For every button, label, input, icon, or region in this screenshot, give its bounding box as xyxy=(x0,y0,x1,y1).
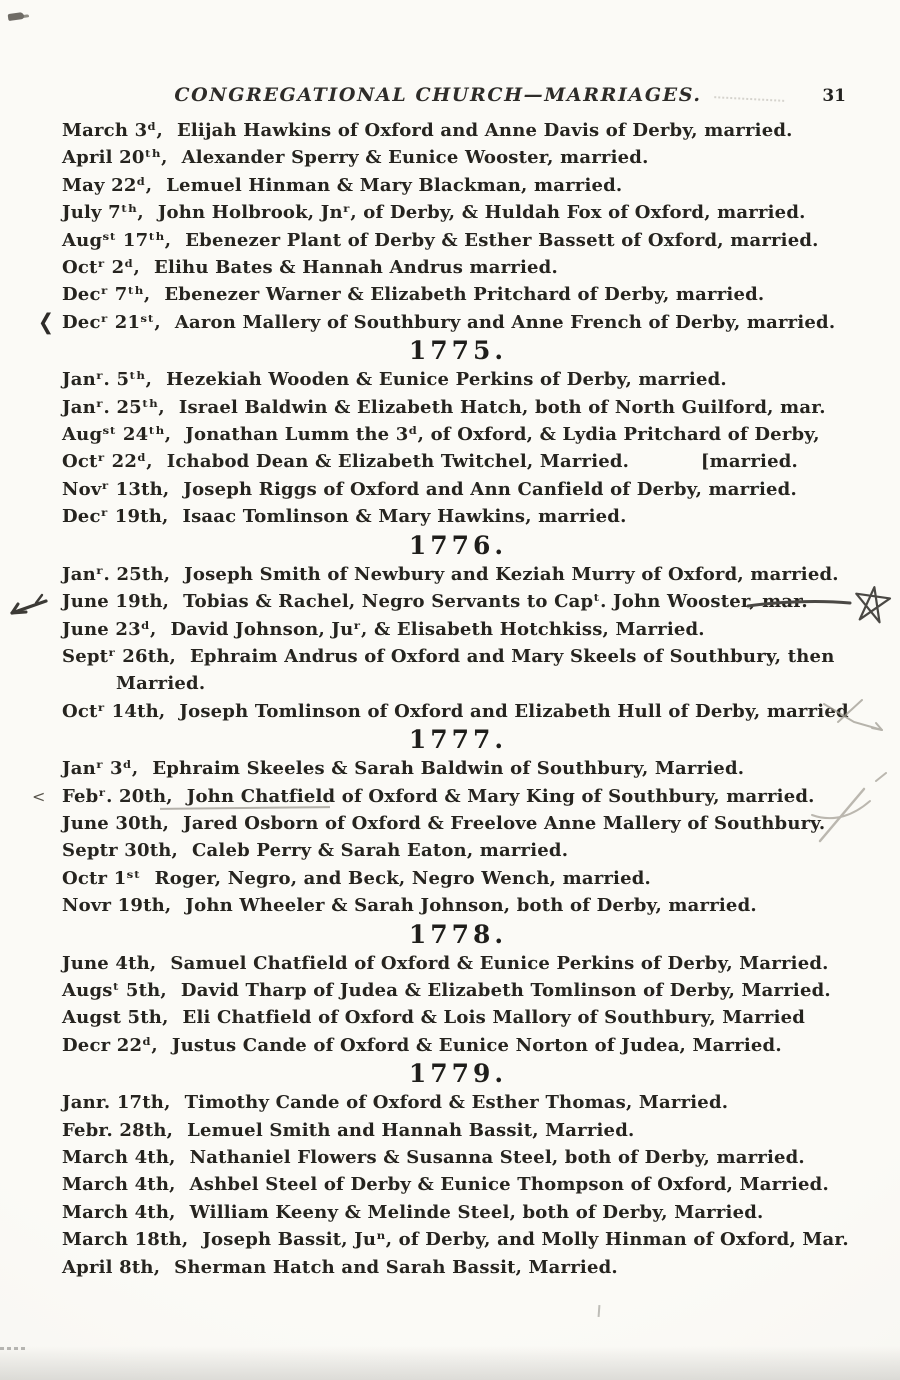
entry-date: April 20ᵗʰ, xyxy=(62,144,168,171)
page-header: CONGREGATIONAL CHURCH—MARRIAGES. 31 xyxy=(62,84,854,106)
entry-text: Ephraim Skeeles & Sarah Baldwin of South… xyxy=(152,755,744,782)
register-line: Octʳ 22ᵈ,Ichabod Dean & Elizabeth Twitch… xyxy=(62,448,854,475)
register-line: Augˢᵗ 17ᵗʰ,Ebenezer Plant of Derby & Est… xyxy=(62,227,854,254)
entry-date: Octr 1ˢᵗ xyxy=(62,865,141,892)
register-line: Janʳ. 25ᵗʰ,Israel Baldwin & Elizabeth Ha… xyxy=(62,394,854,421)
entry-text: Lemuel Hinman & Mary Blackman, married. xyxy=(166,172,622,199)
entry-date: June 4th, xyxy=(62,950,156,977)
entry-text: Elijah Hawkins of Oxford and Anne Davis … xyxy=(177,117,793,144)
entry-text: Roger, Negro, and Beck, Negro Wench, mar… xyxy=(155,865,651,892)
register-line: March 4th,Ashbel Steel of Derby & Eunice… xyxy=(62,1171,854,1198)
register-line: Decʳ 21ˢᵗ,Aaron Mallery of Southbury and… xyxy=(62,309,854,336)
register-line: April 20ᵗʰ,Alexander Sperry & Eunice Woo… xyxy=(62,144,854,171)
entry-text: Jonathan Lumm the 3ᵈ, of Oxford, & Lydia… xyxy=(185,421,819,448)
entry-text: Timothy Cande of Oxford & Esther Thomas,… xyxy=(185,1089,729,1116)
entry-text: Sherman Hatch and Sarah Bassit, Married. xyxy=(174,1254,618,1281)
entry-text: Justus Cande of Oxford & Eunice Norton o… xyxy=(172,1032,782,1059)
register-line: Janr. 17th,Timothy Cande of Oxford & Est… xyxy=(62,1089,854,1116)
entry-text: Joseph Smith of Newbury and Keziah Murry… xyxy=(184,561,839,588)
entry-date: Decr 22ᵈ, xyxy=(62,1032,158,1059)
register-line: Decʳ 19th,Isaac Tomlinson & Mary Hawkins… xyxy=(62,503,854,530)
entry-date: Decʳ 19th, xyxy=(62,503,168,530)
entry-date: March 3ᵈ, xyxy=(62,117,163,144)
entry-text: Tobias & Rachel, Negro Servants to Capᵗ.… xyxy=(183,588,808,615)
arrow-scribble-icon xyxy=(8,591,54,619)
entry-date: Febr. 28th, xyxy=(62,1117,173,1144)
register-line: April 8th,Sherman Hatch and Sarah Bassit… xyxy=(62,1254,854,1281)
register-line: March 4th,William Keeny & Melinde Steel,… xyxy=(62,1199,854,1226)
register-line: Septʳ 26th,Ephraim Andrus of Oxford and … xyxy=(62,643,854,670)
entry-date: Janr. 17th, xyxy=(62,1089,171,1116)
register-line: Septr 30th,Caleb Perry & Sarah Eaton, ma… xyxy=(62,837,854,864)
entry-date: June 23ᵈ, xyxy=(62,616,157,643)
entry-text: Caleb Perry & Sarah Eaton, married. xyxy=(192,837,568,864)
entry-right-note: [married. xyxy=(701,448,798,475)
entry-date: Octʳ 22ᵈ, xyxy=(62,448,153,475)
entry-text: Hezekiah Wooden & Eunice Perkins of Derb… xyxy=(166,366,727,393)
register-line: Octʳ 2ᵈ,Elihu Bates & Hannah Andrus marr… xyxy=(62,254,854,281)
register-line: Decʳ 7ᵗʰ,Ebenezer Warner & Elizabeth Pri… xyxy=(62,281,854,308)
entry-date: Novʳ 13th, xyxy=(62,476,169,503)
register-line: March 18th,Joseph Bassit, Juⁿ, of Derby,… xyxy=(62,1226,854,1253)
page-title: CONGREGATIONAL CHURCH—MARRIAGES. xyxy=(174,84,701,106)
register-line: June 4th,Samuel Chatfield of Oxford & Eu… xyxy=(62,950,854,977)
year-heading: 1778. xyxy=(62,920,854,950)
register-line: June 23ᵈ,David Johnson, Juʳ, & Elisabeth… xyxy=(62,616,854,643)
entry-continuation: Married. xyxy=(62,670,205,697)
register-line: June 30th,Jared Osborn of Oxford & Freel… xyxy=(62,810,854,837)
margin-mark-icon: < xyxy=(32,783,46,810)
register-line: Decr 22ᵈ,Justus Cande of Oxford & Eunice… xyxy=(62,1032,854,1059)
year-heading: 1776. xyxy=(62,531,854,561)
entry-date: Octʳ 14th, xyxy=(62,698,165,725)
entry-date: Janʳ. 25ᵗʰ, xyxy=(62,394,165,421)
entry-text: Ebenezer Warner & Elizabeth Pritchard of… xyxy=(164,281,764,308)
register-line: Janʳ. 25th,Joseph Smith of Newbury and K… xyxy=(62,561,854,588)
entry-text: Aaron Mallery of Southbury and Anne Fren… xyxy=(175,309,835,336)
scan-speck xyxy=(598,1305,601,1317)
entry-text: Ephraim Andrus of Oxford and Mary Skeels… xyxy=(190,643,835,670)
entry-text: Joseph Bassit, Juⁿ, of Derby, and Molly … xyxy=(202,1226,849,1253)
scan-edge-shadow xyxy=(0,1346,900,1380)
pencil-squiggle xyxy=(714,96,784,110)
register-line: Augsᵗ 5th,David Tharp of Judea & Elizabe… xyxy=(62,977,854,1004)
entry-text: Ashbel Steel of Derby & Eunice Thompson … xyxy=(190,1171,829,1198)
register-line: Novr 19th,John Wheeler & Sarah Johnson, … xyxy=(62,892,854,919)
entry-date: Decʳ 7ᵗʰ, xyxy=(62,281,150,308)
entry-text: Ebenezer Plant of Derby & Esther Bassett… xyxy=(185,227,818,254)
entry-date: March 4th, xyxy=(62,1199,176,1226)
register-line: May 22ᵈ,Lemuel Hinman & Mary Blackman, m… xyxy=(62,172,854,199)
entry-date: July 7ᵗʰ, xyxy=(62,199,144,226)
register-line: March 4th,Nathaniel Flowers & Susanna St… xyxy=(62,1144,854,1171)
entry-date: Augsᵗ 5th, xyxy=(62,977,167,1004)
entry-date: June 19th, xyxy=(62,588,169,615)
entry-text: John Holbrook, Jnʳ, of Derby, & Huldah F… xyxy=(158,199,806,226)
entry-date: May 22ᵈ, xyxy=(62,172,152,199)
register-line: Augst 5th,Eli Chatfield of Oxford & Lois… xyxy=(62,1004,854,1031)
entry-date: Augst 5th, xyxy=(62,1004,169,1031)
entry-date: Augˢᵗ 17ᵗʰ, xyxy=(62,227,171,254)
entry-date: March 18th, xyxy=(62,1226,188,1253)
year-heading: 1779. xyxy=(62,1059,854,1089)
register-line: March 3ᵈ,Elijah Hawkins of Oxford and An… xyxy=(62,117,854,144)
entry-text: Lemuel Smith and Hannah Bassit, Married. xyxy=(187,1117,634,1144)
entry-text: Nathaniel Flowers & Susanna Steel, both … xyxy=(190,1144,805,1171)
year-heading: 1775. xyxy=(62,336,854,366)
entry-text: Israel Baldwin & Elizabeth Hatch, both o… xyxy=(179,394,826,421)
register-line: Janʳ 3ᵈ,Ephraim Skeeles & Sarah Baldwin … xyxy=(62,755,854,782)
register-content: March 3ᵈ,Elijah Hawkins of Oxford and An… xyxy=(62,117,854,1281)
entry-text: Joseph Tomlinson of Oxford and Elizabeth… xyxy=(179,698,848,725)
entry-text: Elihu Bates & Hannah Andrus married. xyxy=(154,254,558,281)
register-line: Octʳ 14th,Joseph Tomlinson of Oxford and… xyxy=(62,698,854,725)
entry-date: Janʳ. 25th, xyxy=(62,561,170,588)
entry-date: April 8th, xyxy=(62,1254,160,1281)
register-line: Novʳ 13th,Joseph Riggs of Oxford and Ann… xyxy=(62,476,854,503)
page-scan: CONGREGATIONAL CHURCH—MARRIAGES. 31 Marc… xyxy=(0,0,900,1380)
entry-date: Octʳ 2ᵈ, xyxy=(62,254,140,281)
entry-text: Joseph Riggs of Oxford and Ann Canfield … xyxy=(183,476,797,503)
register-line: July 7ᵗʰ,John Holbrook, Jnʳ, of Derby, &… xyxy=(62,199,854,226)
year-heading: 1777. xyxy=(62,725,854,755)
entry-text: David Johnson, Juʳ, & Elisabeth Hotchkis… xyxy=(171,616,705,643)
entry-date: Septr 30th, xyxy=(62,837,178,864)
entry-text: Jared Osborn of Oxford & Freelove Anne M… xyxy=(183,810,825,837)
entry-text: Ichabod Dean & Elizabeth Twitchel, Marri… xyxy=(167,448,629,475)
register-line: Febʳ. 20th,John Chatfield of Oxford & Ma… xyxy=(62,783,854,810)
register-line: Janʳ. 5ᵗʰ,Hezekiah Wooden & Eunice Perki… xyxy=(62,366,854,393)
entry-date: Janʳ 3ᵈ, xyxy=(62,755,138,782)
entry-date: March 4th, xyxy=(62,1171,176,1198)
entry-text: Samuel Chatfield of Oxford & Eunice Perk… xyxy=(170,950,828,977)
entry-date: Septʳ 26th, xyxy=(62,643,176,670)
entry-date: Decʳ 21ˢᵗ, xyxy=(62,309,161,336)
entry-text: Alexander Sperry & Eunice Wooster, marri… xyxy=(182,144,649,171)
page-number: 31 xyxy=(822,85,846,107)
entry-date: Augˢᵗ 24ᵗʰ, xyxy=(62,421,171,448)
entry-date: Janʳ. 5ᵗʰ, xyxy=(62,366,152,393)
entry-date: Novr 19th, xyxy=(62,892,171,919)
margin-mark-icon: ❮ xyxy=(38,307,54,339)
entry-text: David Tharp of Judea & Elizabeth Tomlins… xyxy=(181,977,831,1004)
entry-date: March 4th, xyxy=(62,1144,176,1171)
entry-text: Isaac Tomlinson & Mary Hawkins, married. xyxy=(182,503,626,530)
corner-smudge xyxy=(8,12,25,21)
register-line: Octr 1ˢᵗRoger, Negro, and Beck, Negro We… xyxy=(62,865,854,892)
register-line-continuation: Married. xyxy=(62,670,854,697)
entry-text: Eli Chatfield of Oxford & Lois Mallory o… xyxy=(183,1004,806,1031)
entry-text: William Keeny & Melinde Steel, both of D… xyxy=(190,1199,764,1226)
entry-date: June 30th, xyxy=(62,810,169,837)
register-line: Febr. 28th,Lemuel Smith and Hannah Bassi… xyxy=(62,1117,854,1144)
register-line: Augˢᵗ 24ᵗʰ,Jonathan Lumm the 3ᵈ, of Oxfo… xyxy=(62,421,854,448)
register-line: June 19th,Tobias & Rachel, Negro Servant… xyxy=(62,588,854,615)
entry-date: Febʳ. 20th, xyxy=(62,783,173,810)
entry-text: John Wheeler & Sarah Johnson, both of De… xyxy=(185,892,756,919)
